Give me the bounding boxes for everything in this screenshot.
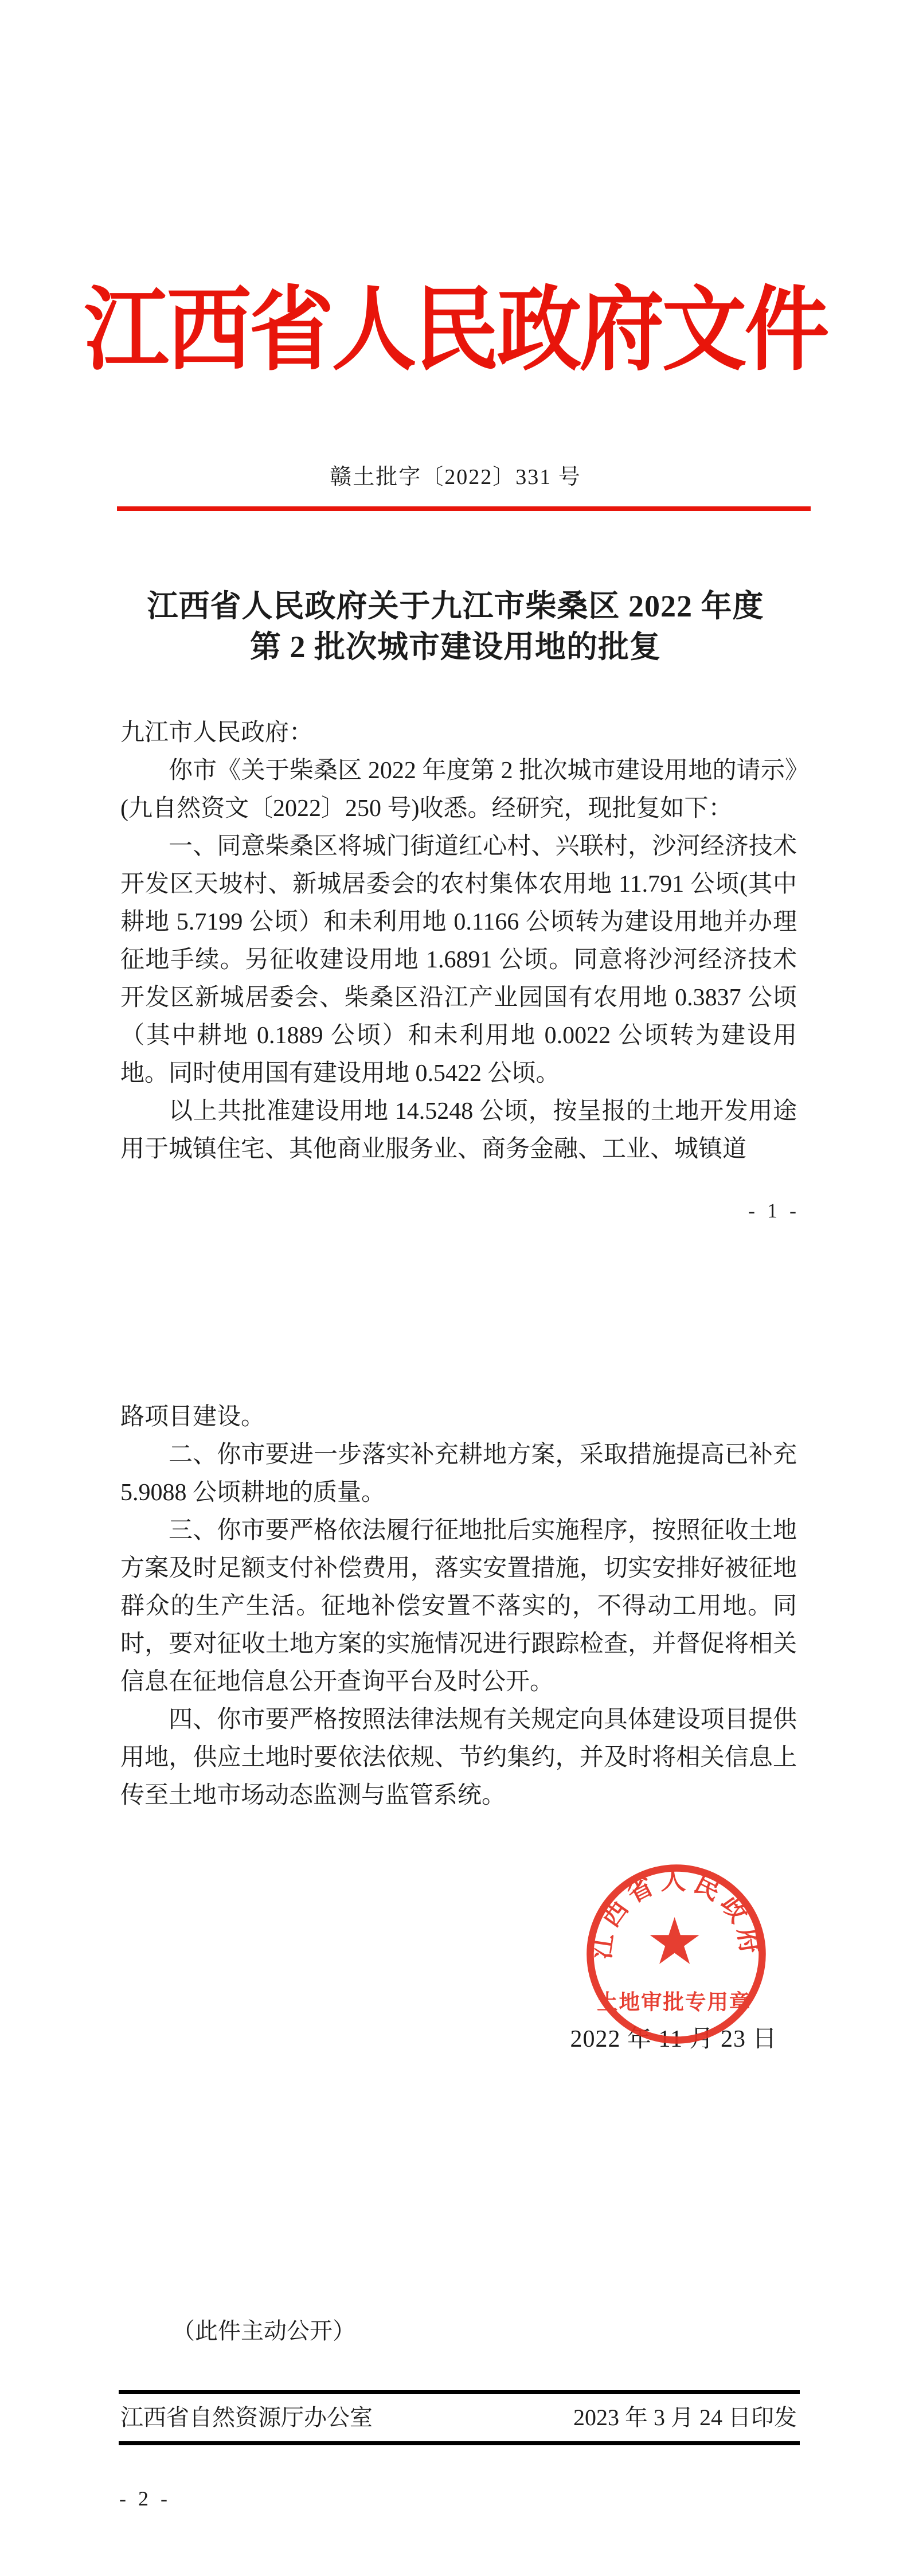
paragraph: 四、你市要严格按照法律法规有关规定向具体建设项目提供用地，供应土地时要依法依规、… — [120, 1701, 797, 1814]
paragraph: 二、你市要进一步落实补充耕地方案，采取措施提高已补充 5.9088 公顷耕地的质… — [120, 1436, 797, 1512]
footer-row: 江西省自然资源厅办公室 2023 年 3 月 24 日印发 — [120, 2402, 797, 2434]
document-title-line1: 江西省人民政府关于九江市柴桑区 2022 年度 — [0, 586, 911, 627]
seal-ring — [590, 1868, 762, 2040]
document-page: 江西省人民政府文件 赣土批字〔2022〕331 号 江西省人民政府关于九江市柴桑… — [0, 0, 911, 2576]
government-seal: 江西省人民政府 土地审批专用章 — [582, 1860, 770, 2048]
seal-arc-text: 江西省人民政府 — [588, 1867, 765, 1961]
paragraph: 以上共批准建设用地 14.5248 公顷，按呈报的土地开发用途用于城镇住宅、其他… — [120, 1092, 797, 1168]
page2-body: 路项目建设。 二、你市要进一步落实补充耕地方案，采取措施提高已补充 5.9088… — [120, 1398, 797, 1814]
public-disclosure-note: （此件主动公开） — [172, 2312, 355, 2350]
page2-number: - 2 - — [119, 2484, 171, 2513]
paragraph-continuation: 路项目建设。 — [120, 1398, 797, 1436]
document-title: 江西省人民政府关于九江市柴桑区 2022 年度 第 2 批次城市建设用地的批复 — [0, 586, 911, 668]
svg-text:江西省人民政府: 江西省人民政府 — [588, 1867, 765, 1961]
letterhead-title: 江西省人民政府文件 — [0, 274, 911, 389]
document-number: 赣土批字〔2022〕331 号 — [0, 462, 911, 492]
paragraph: 一、同意柴桑区将城门街道红心村、兴联村，沙河经济技术开发区天坡村、新城居委会的农… — [120, 828, 797, 1092]
page1-body: 九江市人民政府： 你市《关于柴桑区 2022 年度第 2 批次城市建设用地的请示… — [120, 714, 797, 1168]
sign-date: 2022 年 11 月 23 日 — [562, 2022, 785, 2056]
footer-print-date: 2023 年 3 月 24 日印发 — [573, 2402, 797, 2434]
seal-star-icon — [650, 1917, 699, 1964]
document-title-line2: 第 2 批次城市建设用地的批复 — [0, 627, 911, 668]
footer-rule-bottom — [119, 2441, 800, 2445]
salutation: 九江市人民政府： — [120, 714, 797, 752]
seal-bottom-text: 土地审批专用章 — [597, 1990, 751, 2014]
paragraph: 三、你市要严格依法履行征地批后实施程序，按照征收土地方案及时足额支付补偿费用，落… — [120, 1512, 797, 1701]
red-divider-rule — [117, 506, 811, 511]
footer-rule-top — [119, 2390, 800, 2394]
footer-office: 江西省自然资源厅办公室 — [120, 2402, 373, 2434]
paragraph: 你市《关于柴桑区 2022 年度第 2 批次城市建设用地的请示》(九自然资文〔2… — [120, 752, 797, 828]
page1-number: - 1 - — [120, 1196, 800, 1225]
